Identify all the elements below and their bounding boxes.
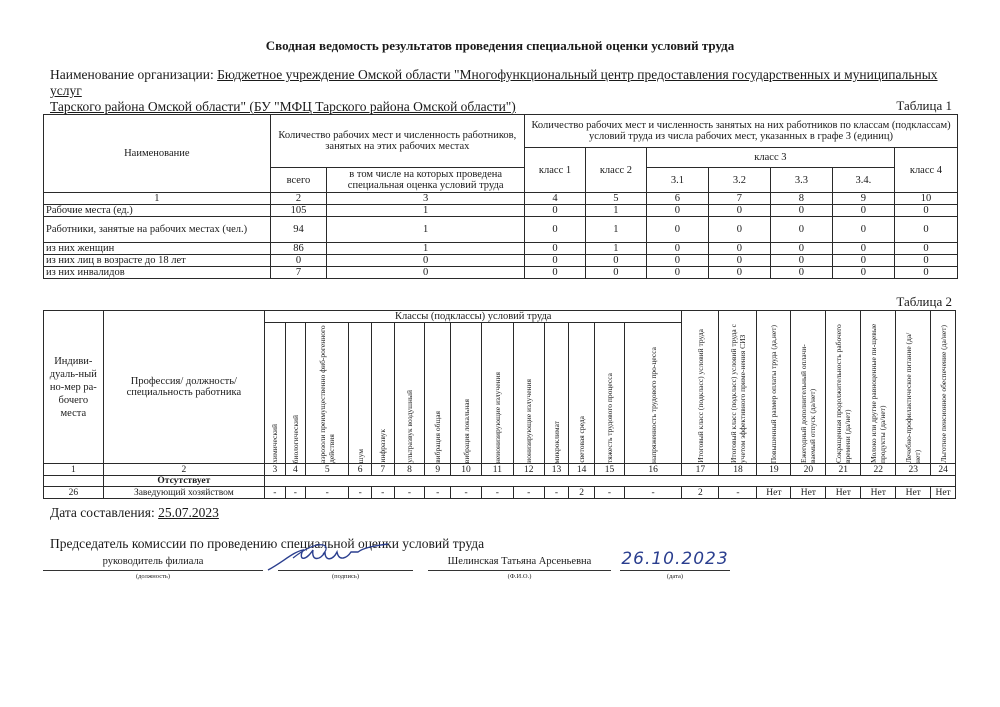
t1-column-numbers-row: 12345678910 xyxy=(44,193,958,205)
t1-cell: 0 xyxy=(832,217,894,243)
t1-header-class2: класс 2 xyxy=(585,148,646,193)
t1-column-number: 1 xyxy=(44,193,271,205)
chair-signature-line xyxy=(278,556,413,571)
t1-column-number: 4 xyxy=(525,193,586,205)
t1-cell: 1 xyxy=(327,243,525,255)
t2-final-column-header: Сокращенная продолжительность рабочего в… xyxy=(834,323,852,463)
t1-cell: 0 xyxy=(525,267,586,279)
t2-column-number: 8 xyxy=(394,464,425,476)
t2-cell: - xyxy=(394,487,425,499)
t2-factor-header: вибрация локальная xyxy=(462,399,471,463)
table2-caption: Таблица 2 xyxy=(896,294,952,310)
t2-cell: - xyxy=(371,487,394,499)
t2-factor-header: неионизирующие излучения xyxy=(493,372,502,463)
t2-header-classes-group: Классы (подклассы) условий труда xyxy=(265,311,682,323)
t2-cell: Нет xyxy=(931,487,956,499)
t2-factor-header: инфразвук xyxy=(378,429,387,463)
t2-factor-header: ультразвук воздушный xyxy=(405,390,414,463)
compilation-date: Дата составления: 25.07.2023 xyxy=(50,505,219,521)
t1-column-number: 8 xyxy=(770,193,832,205)
t1-cell: 0 xyxy=(832,267,894,279)
t1-cell: 0 xyxy=(770,243,832,255)
t2-column-number: 17 xyxy=(682,464,719,476)
t2-section-row: Отсутствует xyxy=(103,476,264,487)
document-title: Сводная ведомость результатов проведения… xyxy=(0,38,1000,54)
t2-column-number: 2 xyxy=(103,464,264,476)
t2-cell: Нет xyxy=(861,487,896,499)
t1-cell: 1 xyxy=(585,205,646,217)
t2-cell: Нет xyxy=(757,487,791,499)
t1-header-name: Наименование xyxy=(44,115,271,193)
t2-cell: - xyxy=(265,487,286,499)
t1-cell: 94 xyxy=(270,217,327,243)
handwritten-signature-icon xyxy=(263,540,398,572)
t2-cell: - xyxy=(451,487,482,499)
t2-column-number: 21 xyxy=(826,464,861,476)
t2-factor-header: тяжесть трудового процесса xyxy=(605,373,614,463)
t1-cell: 0 xyxy=(708,205,770,217)
table-row: из них женщин8610100000 xyxy=(44,243,958,255)
t2-final-column-header: Лечебно-профилактическое питание (да/нет… xyxy=(904,323,922,463)
t1-column-number: 9 xyxy=(832,193,894,205)
t1-row-name: Рабочие места (ед.) xyxy=(44,205,271,217)
t2-cell: - xyxy=(481,487,513,499)
t1-cell: 0 xyxy=(585,255,646,267)
table1-caption: Таблица 1 xyxy=(896,98,952,114)
t1-cell: 0 xyxy=(270,255,327,267)
t2-column-number: 10 xyxy=(451,464,482,476)
full-name-caption: (Ф.И.О.) xyxy=(428,573,611,580)
t2-factor-header: вибрация общая xyxy=(433,411,442,463)
t1-cell: 0 xyxy=(770,205,832,217)
t1-cell: 0 xyxy=(770,217,832,243)
t2-column-number: 6 xyxy=(349,464,372,476)
t1-row-name: Работники, занятые на рабочих местах (че… xyxy=(44,217,271,243)
t1-cell: 0 xyxy=(646,217,708,243)
t1-cell: 0 xyxy=(525,205,586,217)
t1-cell: 1 xyxy=(585,243,646,255)
t2-column-numbers-row: 123456789101112131415161718192021222324 xyxy=(44,464,956,476)
t1-cell: 0 xyxy=(708,255,770,267)
t1-header-count-group: Количество рабочих мест и численность ра… xyxy=(270,115,524,168)
t2-final-column-header: Льготное пенсионное обеспечение (да/нет) xyxy=(939,325,948,463)
summary-table-1: Наименование Количество рабочих мест и ч… xyxy=(43,114,958,279)
t1-column-number: 10 xyxy=(894,193,957,205)
t1-row-name: из них женщин xyxy=(44,243,271,255)
organization-label: Наименование организации: xyxy=(50,67,214,82)
t2-column-number: 14 xyxy=(569,464,595,476)
t2-cell: Нет xyxy=(826,487,861,499)
t2-factor-header: микроклимат xyxy=(552,421,561,463)
chair-position: руководитель филиала xyxy=(43,556,263,571)
t2-final-column-header: Итоговый класс (подкласс) условий труда … xyxy=(729,323,747,463)
t2-final-column-header: Молоко или другие равноценные пи-щевые п… xyxy=(869,323,887,463)
compilation-date-label: Дата составления: xyxy=(50,505,155,520)
t1-header-sub34: 3.4. xyxy=(832,168,894,193)
chair-full-name: Шелинская Татьяна Арсеньевна xyxy=(428,556,611,571)
t2-cell: - xyxy=(306,487,349,499)
t2-column-number: 15 xyxy=(595,464,625,476)
t2-final-column-header: Повышенный размер оплаты труда (да,нет) xyxy=(769,325,778,463)
t1-cell: 0 xyxy=(894,205,957,217)
t1-cell: 0 xyxy=(525,243,586,255)
position-caption: (должность) xyxy=(43,573,263,580)
t1-cell: 0 xyxy=(327,255,525,267)
t1-cell: 0 xyxy=(525,255,586,267)
t1-header-class1: класс 1 xyxy=(525,148,586,193)
table-row: из них лиц в возрасте до 18 лет000000000 xyxy=(44,255,958,267)
t2-cell: - xyxy=(719,487,757,499)
t1-column-number: 2 xyxy=(270,193,327,205)
t2-factor-header: аэрозоли преимущественно фиб-рогенного д… xyxy=(318,323,336,463)
t1-cell: 0 xyxy=(770,267,832,279)
t1-header-class3: класс 3 xyxy=(646,148,894,168)
t2-cell: - xyxy=(513,487,544,499)
t2-factor-header: биологический xyxy=(291,415,300,463)
t2-column-number: 20 xyxy=(791,464,826,476)
t2-cell: - xyxy=(544,487,569,499)
t1-row-name: из них инвалидов xyxy=(44,267,271,279)
t1-column-number: 7 xyxy=(708,193,770,205)
t2-cell: - xyxy=(349,487,372,499)
t2-profession: Заведующий хозяйством xyxy=(103,487,264,499)
t2-column-number: 9 xyxy=(425,464,451,476)
t2-cell: 2 xyxy=(569,487,595,499)
t2-factor-header: световая среда xyxy=(577,416,586,463)
t1-column-number: 6 xyxy=(646,193,708,205)
t2-column-number: 4 xyxy=(285,464,306,476)
t1-column-number: 5 xyxy=(585,193,646,205)
t2-column-number: 22 xyxy=(861,464,896,476)
t1-cell: 0 xyxy=(525,217,586,243)
t2-workplace-number: 26 xyxy=(44,487,104,499)
t1-header-assessed: в том числе на которых проведена специал… xyxy=(327,168,525,193)
t2-column-number: 23 xyxy=(896,464,931,476)
t2-factor-header: напряженность трудового про-цесса xyxy=(649,347,658,463)
t2-cell: - xyxy=(285,487,306,499)
table-row: Работники, занятые на рабочих местах (че… xyxy=(44,217,958,243)
t1-cell: 1 xyxy=(327,205,525,217)
t1-cell: 0 xyxy=(894,243,957,255)
t2-column-number: 13 xyxy=(544,464,569,476)
t2-column-number: 3 xyxy=(265,464,286,476)
t2-cell: - xyxy=(624,487,682,499)
t1-cell: 0 xyxy=(585,267,646,279)
t1-cell: 0 xyxy=(832,205,894,217)
workplace-table-2: Индиви-дуаль-ный но-мер ра-бочего места … xyxy=(43,310,956,499)
t1-cell: 0 xyxy=(646,205,708,217)
t2-factor-header: ионизирующие излучения xyxy=(524,379,533,463)
table-row: Рабочие места (ед.)10510100000 xyxy=(44,205,958,217)
t1-cell: 0 xyxy=(708,243,770,255)
t1-cell: 0 xyxy=(894,267,957,279)
t1-cell: 0 xyxy=(646,243,708,255)
compilation-date-value: 25.07.2023 xyxy=(158,505,219,520)
signature-caption: (подпись) xyxy=(278,573,413,580)
t2-column-number: 7 xyxy=(371,464,394,476)
t1-header-class4: класс 4 xyxy=(894,148,957,193)
t1-cell: 0 xyxy=(832,255,894,267)
t1-cell: 0 xyxy=(894,217,957,243)
signed-date-caption: (дата) xyxy=(620,573,730,580)
t1-cell: 0 xyxy=(770,255,832,267)
t1-cell: 0 xyxy=(646,255,708,267)
t1-cell: 105 xyxy=(270,205,327,217)
t2-final-column-header: Ежегодный дополнительный оплачи-ваемый о… xyxy=(799,323,817,463)
t1-cell: 0 xyxy=(327,267,525,279)
t2-column-number: 18 xyxy=(719,464,757,476)
table-row: 26Заведующий хозяйством-----------2--2-Н… xyxy=(44,487,956,499)
t1-row-name: из них лиц в возрасте до 18 лет xyxy=(44,255,271,267)
t2-cell: - xyxy=(595,487,625,499)
t1-cell: 0 xyxy=(832,243,894,255)
t2-column-number: 1 xyxy=(44,464,104,476)
t1-header-total: всего xyxy=(270,168,327,193)
t2-cell: 2 xyxy=(682,487,719,499)
t1-header-classes-group: Количество рабочих мест и численность за… xyxy=(525,115,958,148)
t1-header-sub33: 3.3 xyxy=(770,168,832,193)
t2-factor-header: химический xyxy=(270,424,279,463)
t2-column-number: 16 xyxy=(624,464,682,476)
t1-header-sub32: 3.2 xyxy=(708,168,770,193)
t2-cell: Нет xyxy=(896,487,931,499)
t2-column-number: 24 xyxy=(931,464,956,476)
t1-cell: 0 xyxy=(894,255,957,267)
t1-cell: 0 xyxy=(708,267,770,279)
t1-cell: 0 xyxy=(646,267,708,279)
table-row: из них инвалидов700000000 xyxy=(44,267,958,279)
t1-header-sub31: 3.1 xyxy=(646,168,708,193)
t2-column-number: 12 xyxy=(513,464,544,476)
organization-block: Наименование организации: Бюджетное учре… xyxy=(50,67,960,115)
t1-cell: 1 xyxy=(585,217,646,243)
t2-column-number: 5 xyxy=(306,464,349,476)
t2-header-workplace-number: Индиви-дуаль-ный но-мер ра-бочего места xyxy=(44,311,104,464)
t2-cell: - xyxy=(425,487,451,499)
t2-final-column-header: Итоговый класс (подкласс) условий труда xyxy=(696,329,705,463)
t2-factor-header: шум xyxy=(356,449,365,463)
t1-cell: 86 xyxy=(270,243,327,255)
t1-cell: 7 xyxy=(270,267,327,279)
organization-name-line2: Тарского района Омской области" (БУ "МФЦ… xyxy=(50,99,516,114)
t2-column-number: 19 xyxy=(757,464,791,476)
t2-header-profession: Профессия/ должность/ специальность рабо… xyxy=(103,311,264,464)
signed-date: 26.10.2023 xyxy=(621,549,728,569)
t1-cell: 1 xyxy=(327,217,525,243)
t1-column-number: 3 xyxy=(327,193,525,205)
t2-cell: Нет xyxy=(791,487,826,499)
t1-cell: 0 xyxy=(708,217,770,243)
t2-column-number: 11 xyxy=(481,464,513,476)
